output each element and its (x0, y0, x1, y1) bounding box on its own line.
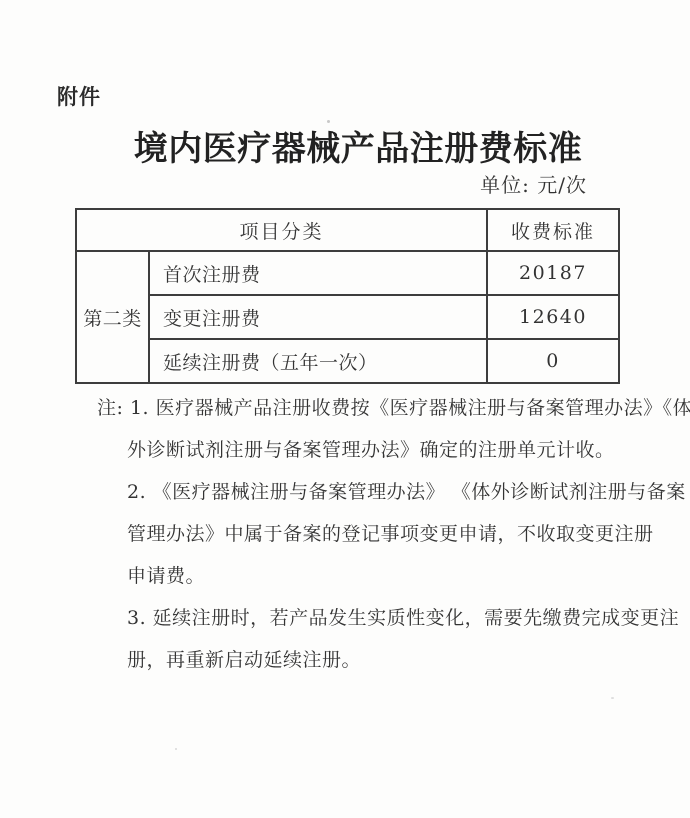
scan-speck (611, 697, 614, 699)
note-1-line-2: 外诊断试剂注册与备案管理办法》确定的注册单元计收。 (127, 429, 672, 471)
item-cell-change-registration: 变更注册费 (149, 295, 487, 339)
note-2-line-1: 2. 《医疗器械注册与备案管理办法》 《体外诊断试剂注册与备案 (127, 471, 672, 513)
note-1-line-1: 注: 1. 医疗器械产品注册收费按《医疗器械注册与备案管理办法》《体 (97, 387, 672, 429)
note-3-line-2: 册，再重新启动延续注册。 (127, 639, 672, 681)
note-2-line-2: 管理办法》中属于备案的登记事项变更申请，不收取变更注册 (127, 513, 672, 555)
fee-table: 项目分类 收费标准 第二类 首次注册费 20187 变更注册费 12640 延续… (75, 208, 620, 384)
table-row: 变更注册费 12640 (76, 295, 619, 339)
notes-section: 注: 1. 医疗器械产品注册收费按《医疗器械注册与备案管理办法》《体 外诊断试剂… (97, 387, 672, 681)
fee-cell-renewal-registration: 0 (487, 339, 619, 383)
attachment-label: 附件 (57, 81, 101, 111)
table-row: 第二类 首次注册费 20187 (76, 251, 619, 295)
scanned-document-page: 附件 境内医疗器械产品注册费标准 单位: 元/次 项目分类 收费标准 第二类 首… (0, 0, 690, 818)
note-3-line-1: 3. 延续注册时，若产品发生实质性变化，需要先缴费完成变更注 (127, 597, 672, 639)
unit-label: 单位: 元/次 (480, 169, 587, 198)
page-title: 境内医疗器械产品注册费标准 (13, 121, 690, 170)
scan-speck (175, 748, 177, 750)
column-header-fee: 收费标准 (487, 209, 619, 251)
fee-cell-first-registration: 20187 (487, 251, 619, 295)
column-header-category: 项目分类 (76, 209, 487, 251)
item-cell-renewal-registration: 延续注册费（五年一次） (149, 339, 487, 383)
item-cell-first-registration: 首次注册费 (149, 251, 487, 295)
row-group-label: 第二类 (76, 251, 149, 383)
scan-speck (327, 120, 330, 123)
fee-cell-change-registration: 12640 (487, 295, 619, 339)
note-2-line-3: 申请费。 (127, 555, 672, 597)
table-header-row: 项目分类 收费标准 (76, 209, 619, 251)
table-row: 延续注册费（五年一次） 0 (76, 339, 619, 383)
